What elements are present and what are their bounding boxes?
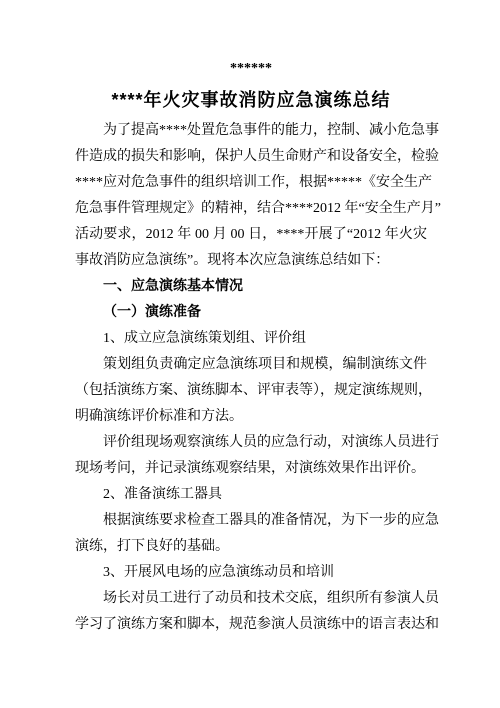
body-text-line: 明确演练评价标准和方法。 bbox=[75, 404, 427, 430]
document-page: **********年火灾事故消防应急演练总结为了提高****处置危急事件的能力… bbox=[0, 0, 500, 708]
document-title: ****年火灾事故消防应急演练总结 bbox=[75, 82, 427, 118]
body-text-line: 策划组负责确定应急演练项目和规模，编制演练文件 bbox=[75, 352, 427, 378]
masked-header-stars: ****** bbox=[75, 56, 427, 82]
section-heading: 一、应急演练基本情况 bbox=[75, 274, 427, 300]
body-text-line: 事故消防应急演练”。现将本次应急演练总结如下： bbox=[75, 248, 427, 274]
body-text-line: 场长对员工进行了动员和技术交底，组织所有参演人员 bbox=[75, 586, 427, 612]
body-text-line: 为了提高****处置危急事件的能力，控制、减小危急事 bbox=[75, 118, 427, 144]
body-text-line: 危急事件管理规定》的精神，结合****2012 年“安全生产月” bbox=[75, 196, 427, 222]
body-text-line: 现场考问，并记录演练观察结果，对演练效果作出评价。 bbox=[75, 456, 427, 482]
body-text-line: 件造成的损失和影响，保护人员生命财产和设备安全，检验 bbox=[75, 144, 427, 170]
body-text-line: ****应对危急事件的组织培训工作，根据*****《安全生产 bbox=[75, 170, 427, 196]
body-text-line: 1、成立应急演练策划组、评价组 bbox=[75, 326, 427, 352]
body-text-line: 2、准备演练工器具 bbox=[75, 482, 427, 508]
body-text-line: 活动要求，2012 年 00 月 00 日，****开展了“2012 年火灾 bbox=[75, 222, 427, 248]
body-text-line: 评价组现场观察演练人员的应急行动，对演练人员进行 bbox=[75, 430, 427, 456]
body-text-line: 3、开展风电场的应急演练动员和培训 bbox=[75, 560, 427, 586]
body-text-line: 演练，打下良好的基础。 bbox=[75, 534, 427, 560]
body-text-line: 学习了演练方案和脚本，规范参演人员演练中的语言表达和 bbox=[75, 612, 427, 638]
body-text-line: 根据演练要求检查工器具的准备情况，为下一步的应急 bbox=[75, 508, 427, 534]
section-heading: （一）演练准备 bbox=[75, 300, 427, 326]
body-text-line: （包括演练方案、演练脚本、评审表等），规定演练规则， bbox=[75, 378, 427, 404]
